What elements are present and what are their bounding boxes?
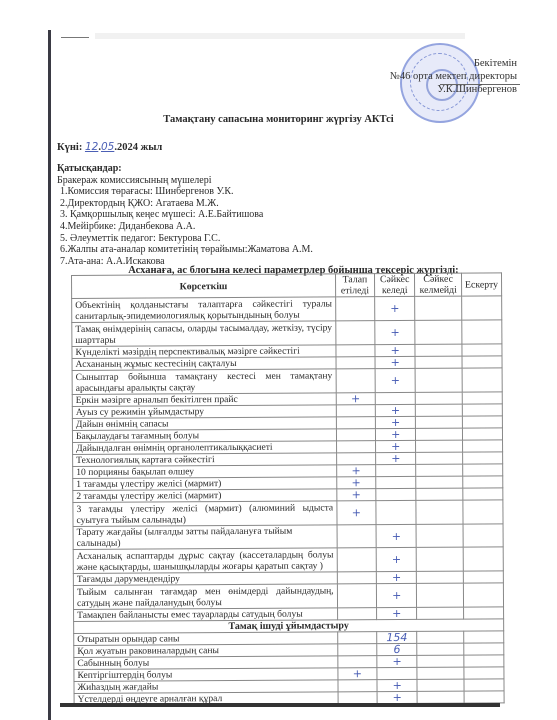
compliant-cell: + xyxy=(375,320,415,344)
noncompliant-cell xyxy=(417,631,464,643)
compliant-cell: + xyxy=(375,356,415,368)
participant-item: 2.Директордың ҚЖО: Агатаева М.Ж. xyxy=(57,198,313,210)
note-cell xyxy=(463,524,503,547)
note-cell xyxy=(464,631,504,643)
table-header-row: Көрсеткіш Талап етіледі Сәйкес келеді Сә… xyxy=(72,273,502,299)
noncompliant-cell xyxy=(417,679,464,691)
note-cell xyxy=(463,452,503,464)
note-cell xyxy=(462,428,502,440)
compliant-cell: + xyxy=(376,547,416,571)
inspection-table: Көрсеткіш Талап етіледі Сәйкес келеді Сә… xyxy=(71,272,505,706)
column-header-note: Ескерту xyxy=(461,273,501,296)
compliant-cell: + xyxy=(375,404,415,416)
table-row: Сыныптар бойынша тамақтану кестесі мен т… xyxy=(72,368,502,395)
compliant-cell xyxy=(376,476,416,488)
compliant-cell: 6 xyxy=(377,643,417,655)
date-day: 12 xyxy=(85,141,98,153)
required-cell xyxy=(337,584,376,608)
top-dash-mark xyxy=(61,37,89,38)
table-row: Тарату жағдайы (ылғалды затты пайдалануғ… xyxy=(73,524,503,550)
indicator-text: Тыйым салынған тағамдар мен өнімдерді да… xyxy=(73,584,337,610)
compliant-cell: + xyxy=(377,679,417,691)
participants-group: Бракераж комиссиясының мүшелері xyxy=(57,175,313,187)
column-header-required: Талап етіледі xyxy=(335,274,374,297)
note-cell xyxy=(463,476,503,488)
noncompliant-cell xyxy=(416,500,463,524)
indicator-text: Тамақ өнімдерінің сапасы, оларды тасымал… xyxy=(72,321,336,347)
note-cell xyxy=(464,691,504,703)
note-cell xyxy=(464,667,504,679)
compliant-cell: + xyxy=(375,416,415,428)
required-cell xyxy=(336,369,375,393)
note-cell xyxy=(464,679,504,691)
note-cell xyxy=(462,440,502,452)
noncompliant-cell xyxy=(416,524,463,547)
participant-item: 5. Әлеуметтік педагог: Бектурова Г.С. xyxy=(57,233,313,245)
column-header-indicator: Көрсеткіш xyxy=(72,274,336,299)
required-cell: + xyxy=(336,393,375,405)
compliant-cell xyxy=(377,667,417,679)
date-line: Күні: 12.05.2024 жыл xyxy=(57,141,162,153)
compliant-cell: + xyxy=(376,452,416,464)
scan-bottom-edge xyxy=(60,703,500,707)
required-cell xyxy=(336,321,375,345)
noncompliant-cell xyxy=(417,547,464,571)
required-cell xyxy=(336,405,375,417)
note-cell xyxy=(463,607,503,619)
compliant-cell: + xyxy=(376,440,416,452)
required-cell xyxy=(336,357,375,369)
document-title: Тамақтану сапасына мониторинг жүргізу АК… xyxy=(0,114,557,125)
noncompliant-cell xyxy=(416,476,463,488)
approval-block: Бекітемін №46 орта мектеп директоры У.К.… xyxy=(390,57,517,96)
noncompliant-cell xyxy=(415,296,462,320)
compliant-cell: + xyxy=(375,296,415,320)
required-cell xyxy=(337,632,376,644)
required-cell xyxy=(337,548,376,572)
note-cell xyxy=(462,368,502,392)
participant-item: 3. Қамқоршылық кеңес мүшесі: А.Е.Байтишо… xyxy=(57,209,313,221)
note-cell xyxy=(463,488,503,500)
required-cell xyxy=(338,656,377,668)
note-cell xyxy=(462,404,502,416)
note-cell xyxy=(463,583,503,607)
noncompliant-cell xyxy=(416,488,463,500)
table-row: Объектінің қолданыстағы талаптарға сәйке… xyxy=(72,296,502,323)
indicator-text: 3 тағамды үлестіру желісі (мармит) (алюм… xyxy=(73,501,337,527)
compliant-cell: 154 xyxy=(377,631,417,643)
note-cell xyxy=(462,320,502,344)
noncompliant-cell xyxy=(415,344,462,356)
required-cell: + xyxy=(338,668,377,680)
noncompliant-cell xyxy=(416,464,463,476)
compliant-cell: + xyxy=(377,691,417,703)
compliant-cell: + xyxy=(375,368,415,392)
note-cell xyxy=(463,500,503,524)
required-cell xyxy=(336,345,375,357)
required-cell xyxy=(336,429,375,441)
note-cell xyxy=(463,547,503,571)
noncompliant-cell xyxy=(415,320,462,344)
column-header-noncompliant: Сәйкес келмейді xyxy=(415,273,462,296)
required-cell xyxy=(337,525,376,548)
compliant-cell xyxy=(375,392,415,404)
required-cell xyxy=(336,453,375,465)
indicator-text: Асханалық аспаптарды дұрыс сақтау (кассе… xyxy=(73,548,337,574)
note-cell xyxy=(463,571,503,583)
noncompliant-cell xyxy=(417,571,464,583)
table-body: Объектінің қолданыстағы талаптарға сәйке… xyxy=(72,296,504,706)
compliant-cell xyxy=(376,464,416,476)
compliant-cell: + xyxy=(376,524,416,547)
noncompliant-cell xyxy=(416,440,463,452)
noncompliant-cell xyxy=(416,416,463,428)
compliant-cell xyxy=(376,500,416,524)
table-row: Асханалық аспаптарды дұрыс сақтау (кассе… xyxy=(73,547,503,574)
note-cell xyxy=(462,392,502,404)
date-month: 05 xyxy=(101,141,114,153)
date-suffix: .2024 жыл xyxy=(114,142,162,153)
noncompliant-cell xyxy=(416,452,463,464)
date-label: Күні: xyxy=(57,142,82,153)
note-cell xyxy=(463,464,503,476)
participant-item: 4.Мейірбике: Диданбекова А.А. xyxy=(57,221,313,233)
note-cell xyxy=(462,416,502,428)
participants-heading: Қатысқандар: xyxy=(57,163,313,175)
noncompliant-cell xyxy=(416,404,463,416)
required-cell xyxy=(338,680,377,692)
scan-page-edge xyxy=(48,30,51,720)
compliant-cell: + xyxy=(375,428,415,440)
table-row: 3 тағамды үлестіру желісі (мармит) (алюм… xyxy=(73,500,503,527)
required-cell xyxy=(337,644,376,656)
noncompliant-cell xyxy=(417,607,464,619)
indicator-text: Сыныптар бойынша тамақтану кестесі мен т… xyxy=(72,369,336,395)
compliant-cell: + xyxy=(377,607,417,619)
approval-line-1: Бекітемін xyxy=(390,57,517,70)
approval-line-2: №46 орта мектеп директоры xyxy=(390,70,517,83)
noncompliant-cell xyxy=(417,583,464,607)
required-cell xyxy=(336,441,375,453)
noncompliant-cell xyxy=(417,667,464,679)
required-cell: + xyxy=(337,501,376,525)
table-row: Тыйым салынған тағамдар мен өнімдерді да… xyxy=(73,583,503,610)
table-row: Тамақ өнімдерінің сапасы, оларды тасымал… xyxy=(72,320,502,347)
participants-list: 1.Комиссия төрағасы: Шинбергенов У.К.2.Д… xyxy=(57,186,313,267)
noncompliant-cell xyxy=(417,691,464,703)
compliant-cell: + xyxy=(375,344,415,356)
noncompliant-cell xyxy=(416,392,463,404)
noncompliant-cell xyxy=(417,655,464,667)
participant-item: 6.Жалпы ата-аналар комитетінің төрайымы:… xyxy=(57,244,313,256)
note-cell xyxy=(464,643,504,655)
noncompliant-cell xyxy=(415,368,462,392)
required-cell xyxy=(337,608,376,620)
required-cell xyxy=(335,297,374,321)
indicator-text: Тарату жағдайы (ылғалды затты пайдалануғ… xyxy=(73,525,337,550)
note-cell xyxy=(462,356,502,368)
note-cell xyxy=(462,344,502,356)
indicator-text: Тамақпен байланысты емес тауарларды сату… xyxy=(74,608,338,622)
compliant-cell: + xyxy=(376,571,416,583)
compliant-cell: + xyxy=(376,583,416,607)
indicator-text: Күнделікті мәзірдің перспективалық мәзір… xyxy=(72,345,336,359)
noncompliant-cell xyxy=(417,643,464,655)
column-header-compliant: Сәйкес келеді xyxy=(375,273,415,296)
required-cell xyxy=(336,417,375,429)
indicator-text: Объектінің қолданыстағы талаптарға сәйке… xyxy=(72,297,336,323)
participant-item: 1.Комиссия төрағасы: Шинбергенов У.К. xyxy=(57,186,313,198)
note-cell xyxy=(462,296,502,320)
required-cell xyxy=(337,572,376,584)
compliant-cell xyxy=(376,488,416,500)
approval-line-3: У.К.Шинбергенов xyxy=(390,83,517,96)
noncompliant-cell xyxy=(415,356,462,368)
required-cell: + xyxy=(336,477,375,489)
noncompliant-cell xyxy=(416,428,463,440)
bleed-through-text xyxy=(95,33,465,39)
participants-block: Қатысқандар: Бракераж комиссиясының мүше… xyxy=(57,163,313,267)
compliant-cell: + xyxy=(377,655,417,667)
required-cell: + xyxy=(336,465,375,477)
required-cell: + xyxy=(337,489,376,501)
note-cell xyxy=(464,655,504,667)
